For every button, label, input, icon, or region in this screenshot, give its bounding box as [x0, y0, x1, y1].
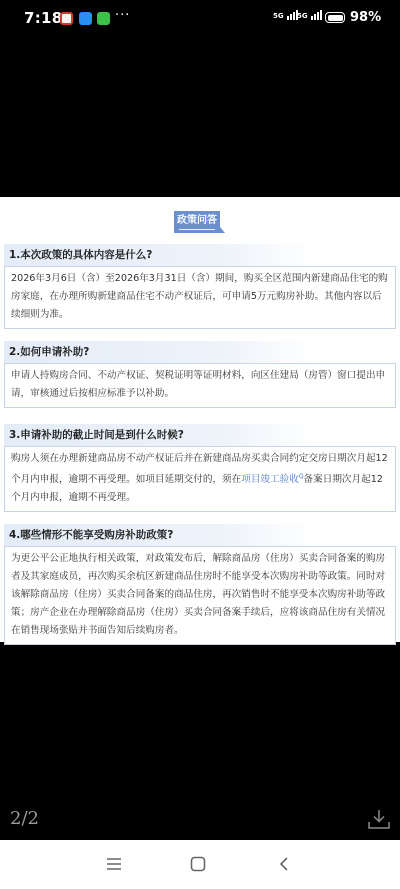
- menu-icon: [106, 857, 122, 871]
- page-indicator: 2/2: [10, 808, 39, 829]
- qa-item-3: 3.申请补助的截止时间是到什么时候? 购房人须在办理新建商品房不动产权证后并在新…: [4, 424, 396, 512]
- home-icon: [190, 856, 206, 872]
- download-button[interactable]: [367, 808, 391, 830]
- document-image[interactable]: 政策问答 1.本次政策的具体内容是什么? 2026年3月6日（含）至2026年3…: [0, 197, 400, 642]
- battery-percent: 98%: [350, 10, 381, 25]
- qa-answer: 申请人持购房合同、不动产权证、契税证明等证明材料，向区住建局（房管）窗口提出申请…: [4, 364, 396, 408]
- battery-icon: [325, 12, 345, 23]
- nav-back-button[interactable]: [272, 852, 296, 876]
- notification-app-icon-green: [97, 12, 110, 25]
- section-badge: 政策问答: [174, 211, 220, 233]
- qa-answer: 购房人须在办理新建商品房不动产权证后并在新建商品房买卖合同约定交房日期次月起12…: [4, 447, 396, 512]
- qa-question: 1.本次政策的具体内容是什么?: [4, 244, 396, 267]
- back-icon: [278, 856, 290, 872]
- qa-question: 2.如何申请补助?: [4, 341, 396, 364]
- more-notifications-icon: ···: [115, 8, 130, 23]
- nav-home-button[interactable]: [186, 852, 210, 876]
- qa-answer: 2026年3月6日（含）至2026年3月31日（含）期间，购买全区范围内新建商品…: [4, 267, 396, 329]
- notification-app-icon-red: [60, 12, 73, 25]
- navigation-bar: [0, 840, 400, 889]
- signal-label: 5G: [273, 12, 284, 20]
- qa-item-2: 2.如何申请补助? 申请人持购房合同、不动产权证、契税证明等证明材料，向区住建局…: [4, 341, 396, 408]
- badge-underline: [179, 229, 215, 230]
- nav-menu-button[interactable]: [102, 852, 126, 876]
- signal-label-2: 5G: [297, 12, 308, 20]
- signal-5g-icon-2: 5G: [297, 10, 322, 20]
- qa-item-1: 1.本次政策的具体内容是什么? 2026年3月6日（含）至2026年3月31日（…: [4, 244, 396, 329]
- qa-question: 3.申请补助的截止时间是到什么时候?: [4, 424, 396, 447]
- qa-item-4: 4.哪些情形不能享受购房补助政策? 为更公平公正地执行相关政策，对政策发布后，解…: [4, 524, 396, 645]
- download-icon: [367, 808, 391, 830]
- project-completion-link[interactable]: 项目竣工验收: [241, 474, 299, 485]
- qa-answer: 为更公平公正地执行相关政策，对政策发布后，解除商品房（住房）买卖合同备案的购房者…: [4, 547, 396, 645]
- signal-5g-icon: 5G: [273, 10, 298, 20]
- status-time: 7:18: [24, 9, 63, 27]
- status-bar: 7:18 ··· 5G 5G 98%: [0, 0, 400, 38]
- qa-question: 4.哪些情形不能享受购房补助政策?: [4, 524, 396, 547]
- notification-app-icon-blue: [79, 12, 92, 25]
- section-badge-label: 政策问答: [177, 215, 217, 226]
